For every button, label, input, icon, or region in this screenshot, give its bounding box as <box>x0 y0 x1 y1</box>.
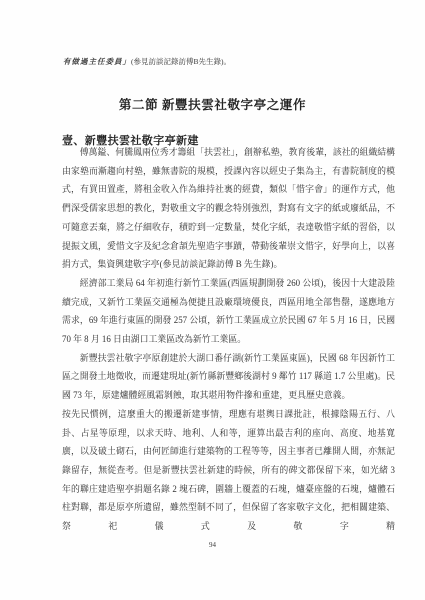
footnote-reference-line: 有做過主任委員」(參見訪談記錄訪傅B先生錄)。 <box>63 56 403 67</box>
body-paragraph: 按先民慣例，這麼重大的搬遷新建事情，理應有堪輿日課批註，根據陰陽五行、八卦、占星… <box>62 405 395 536</box>
document-page: 有做過主任委員」(參見訪談記錄訪傅B先生錄)。 第二節 新豐扶雲社敬字亭之運作 … <box>0 0 425 600</box>
body-paragraph: 新豐扶雲社敬字亭原創建於大湖口番仔湖(新竹工業區東區)，民國 68 年因新竹工區… <box>62 349 395 405</box>
footnote-quote-end: 有做過主任委員」 <box>63 57 131 66</box>
body-paragraph: 經濟部工業局 64 年初進行新竹工業區(西區規劃開發 260 公頃)，後因十大建… <box>62 274 395 349</box>
footnote-citation: (參見訪談記錄訪傅B先生錄)。 <box>131 57 231 66</box>
body-paragraph: 傅萬鎰、何騰鳳兩位秀才籌組「扶雲社」，創辦私塾，教育後輩，該社的組織結構由家塾而… <box>62 143 395 274</box>
body-text-block: 傅萬鎰、何騰鳳兩位秀才籌組「扶雲社」，創辦私塾，教育後輩，該社的組織結構由家塾而… <box>62 143 395 536</box>
section-heading: 第二節 新豐扶雲社敬字亭之運作 <box>0 95 425 113</box>
page-number: 94 <box>0 541 425 549</box>
